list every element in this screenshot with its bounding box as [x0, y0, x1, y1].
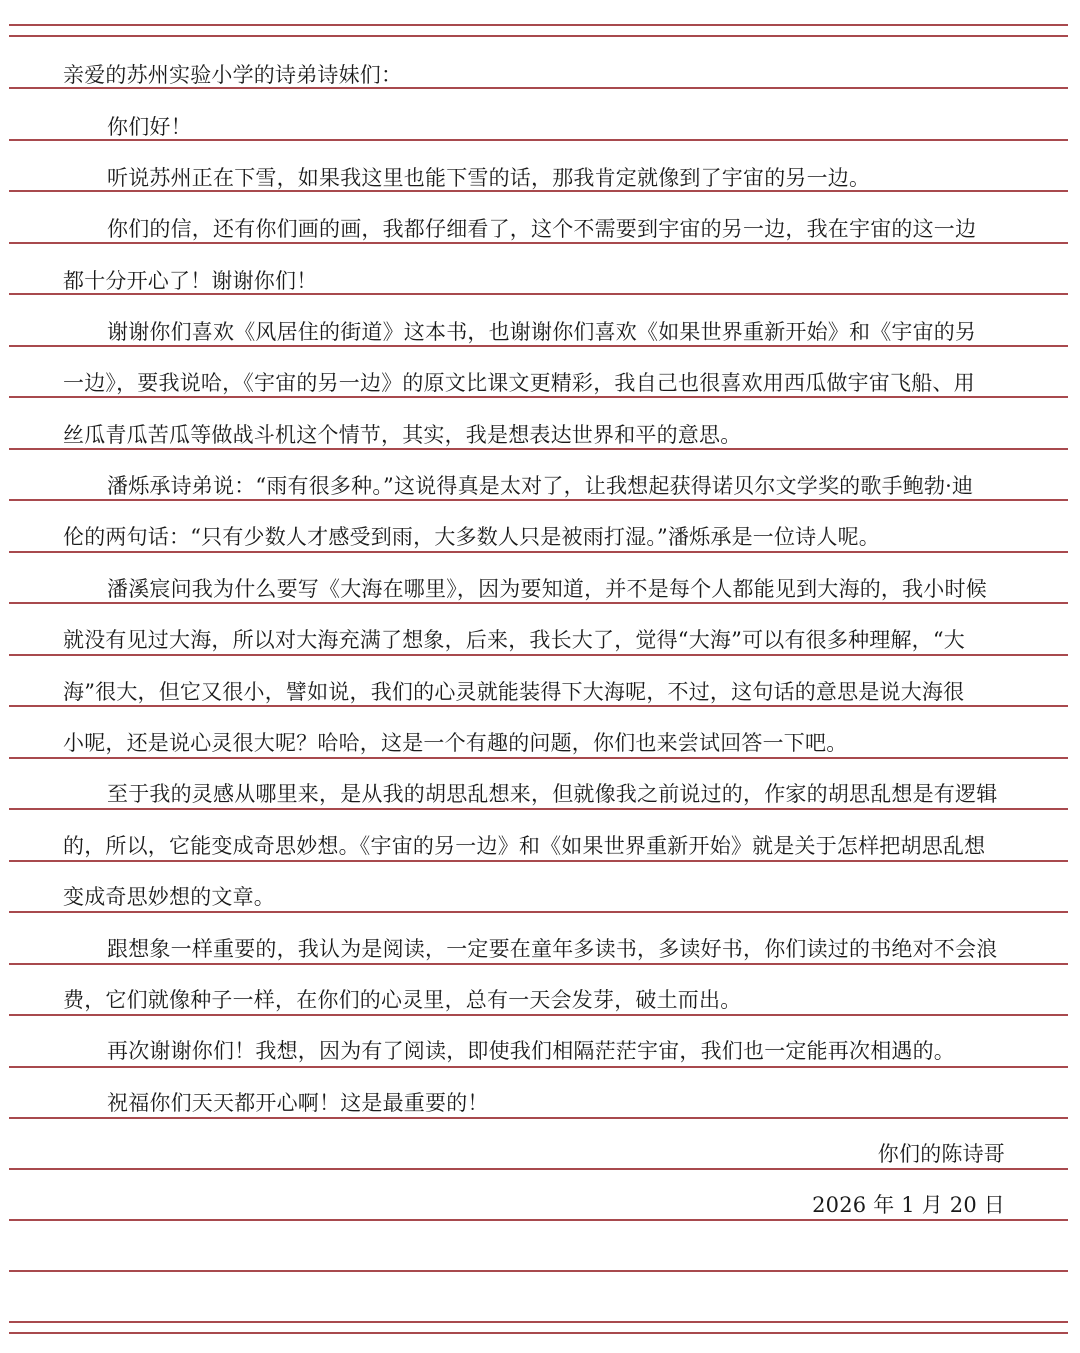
letter-line: 祝福你们天天都开心啊！这是最重要的！	[107, 1090, 489, 1116]
letter-line: 听说苏州正在下雪，如果我这里也能下雪的话，那我肯定就像到了宇宙的另一边。	[107, 165, 870, 191]
letter-line: 就没有见过大海，所以对大海充满了想象，后来，我长大了，觉得“大海”可以有很多种理…	[63, 627, 965, 653]
ruled-line	[9, 551, 1068, 553]
ruled-line	[9, 1270, 1068, 1272]
letter-line: 谢谢你们喜欢《风居住的街道》这本书，也谢谢你们喜欢《如果世界重新开始》和《宇宙的…	[107, 319, 976, 345]
ruled-line	[9, 757, 1068, 759]
ruled-line	[9, 1117, 1068, 1119]
ruled-line	[9, 602, 1068, 604]
letter-line: 一边》，要我说哈，《宇宙的另一边》的原文比课文更精彩，我自己也很喜欢用西瓜做宇宙…	[63, 370, 975, 396]
letter-line: 的，所以，它能变成奇思妙想。《宇宙的另一边》和《如果世界重新开始》就是关于怎样把…	[63, 833, 985, 859]
ruled-line	[9, 396, 1068, 398]
ruled-line	[9, 911, 1068, 913]
ruled-line	[9, 1066, 1068, 1068]
ruled-line	[9, 705, 1068, 707]
date: 2026 年 1 月 20 日	[812, 1192, 1005, 1218]
ruled-line	[9, 242, 1068, 244]
ruled-line	[9, 1219, 1068, 1221]
letter-line: 至于我的灵感从哪里来，是从我的胡思乱想来，但就像我之前说过的，作家的胡思乱想是有…	[107, 781, 997, 807]
bottom-double-rule	[9, 1321, 1068, 1323]
letter-line: 跟想象一样重要的，我认为是阅读，一定要在童年多读书，多读好书，你们读过的书绝对不…	[107, 936, 997, 962]
ruled-line	[9, 1014, 1068, 1016]
ruled-line	[9, 499, 1068, 501]
letter-line: 你们好！	[107, 114, 192, 140]
ruled-line	[9, 963, 1068, 965]
ruled-line	[9, 860, 1068, 862]
letter-line: 潘烁承诗弟说：“雨有很多种。”这说得真是太对了，让我想起获得诺贝尔文学奖的歌手鲍…	[107, 473, 973, 499]
salutation: 亲爱的苏州实验小学的诗弟诗妹们：	[63, 62, 402, 88]
letter-line: 再次谢谢你们！我想，因为有了阅读，即使我们相隔茫茫宇宙，我们也一定能再次相遇的。	[107, 1038, 955, 1064]
ruled-line	[9, 1168, 1068, 1170]
ruled-line	[9, 345, 1068, 347]
letter-line: 小呢，还是说心灵很大呢？哈哈，这是一个有趣的问题，你们也来尝试回答一下吧。	[63, 730, 847, 756]
ruled-line	[9, 808, 1068, 810]
ruled-line	[9, 654, 1068, 656]
top-double-rule	[9, 35, 1068, 37]
letter-line: 都十分开心了！谢谢你们！	[63, 268, 317, 294]
top-double-rule	[9, 24, 1068, 26]
letter-line: 伦的两句话：“只有少数人才感受到雨，大多数人只是被雨打湿。”潘烁承是一位诗人呢。	[63, 524, 880, 550]
ruled-line	[9, 448, 1068, 450]
signature: 你们的陈诗哥	[878, 1141, 1005, 1167]
letter-line: 你们的信，还有你们画的画，我都仔细看了，这个不需要到宇宙的另一边，我在宇宙的这一…	[107, 216, 976, 242]
letter-line: 潘溪宸问我为什么要写《大海在哪里》，因为要知道，并不是每个人都能见到大海的，我小…	[107, 576, 987, 602]
letter-line: 海”很大，但它又很小，譬如说，我们的心灵就能装得下大海呢，不过，这句话的意思是说…	[63, 679, 964, 705]
bottom-double-rule	[9, 1332, 1068, 1334]
letter-line: 费，它们就像种子一样，在你们的心灵里，总有一天会发芽，破土而出。	[63, 987, 741, 1013]
letter-line: 变成奇思妙想的文章。	[63, 884, 275, 910]
letter-line: 丝瓜青瓜苦瓜等做战斗机这个情节，其实，我是想表达世界和平的意思。	[63, 422, 741, 448]
